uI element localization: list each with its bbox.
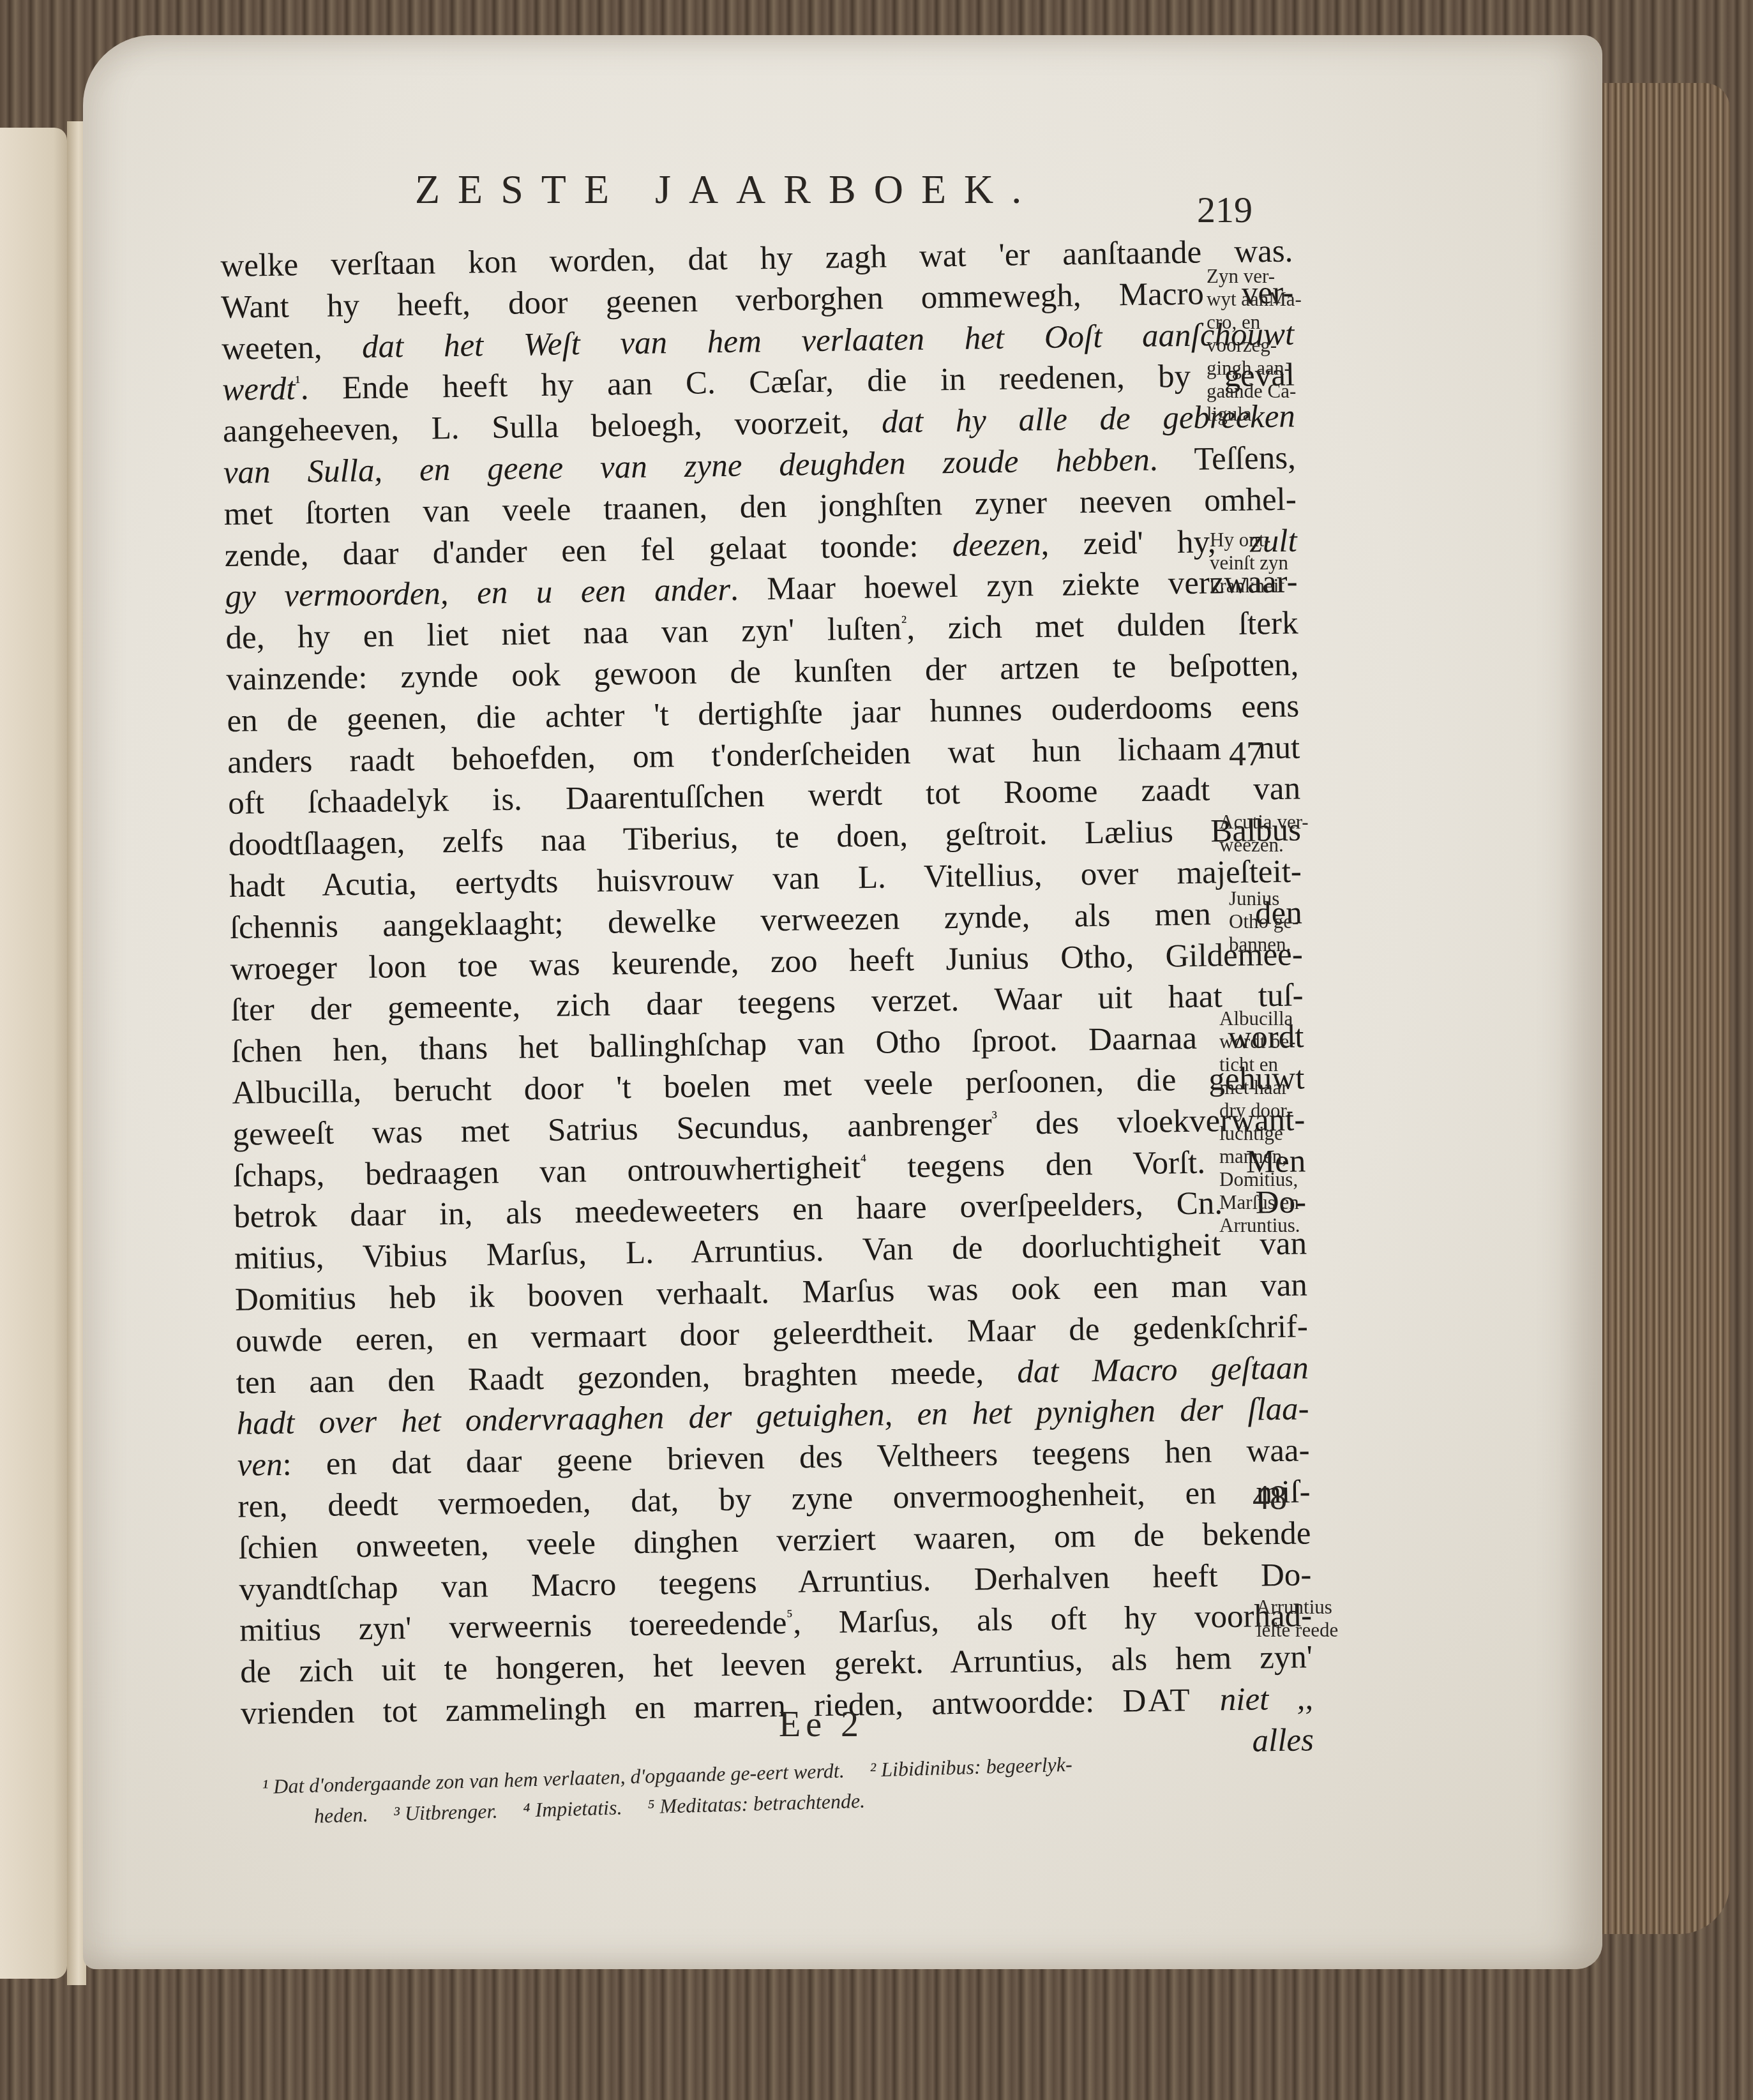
margin-note-line: met haar [1219, 1076, 1300, 1099]
margin-note: Acutia ver-weezen. [1219, 811, 1309, 857]
footnote: ³ Uitbrenger. [393, 1799, 498, 1826]
text-run: . Teſſens, [1149, 440, 1296, 477]
margin-note-line: dry door- [1219, 1099, 1300, 1122]
margin-note-line: Domitius, [1219, 1168, 1300, 1191]
margin-note-line: krankheit [1210, 574, 1288, 597]
page-number: 219 [1197, 188, 1253, 231]
margin-note-line: cro, en [1207, 311, 1302, 334]
margin-note-line: voorzeg- [1207, 334, 1302, 357]
margin-note-line: Otho ge- [1229, 910, 1298, 933]
section-number: 48 [1253, 1478, 1287, 1517]
margin-note-line: Albucilla [1219, 1007, 1300, 1030]
margin-note-line: ligula. [1207, 403, 1302, 426]
text-run [1191, 1682, 1220, 1718]
margin-note-line: Junius [1229, 887, 1298, 910]
signature-mark: Ee 2 [779, 1704, 864, 1745]
margin-note-line: ticht en [1219, 1053, 1300, 1076]
footnote: ² Libidinibus: begeerlyk- [869, 1753, 1072, 1781]
text-run: mitius zyn' verweernis toereedende [239, 1605, 787, 1649]
footnote-ref: ⁵ [786, 1607, 793, 1626]
text-run: , Marſus, als oft hy voorhad- [793, 1598, 1313, 1641]
footnote: heden. [313, 1803, 368, 1827]
text-run: dat Macro geſtaan [1017, 1350, 1309, 1390]
margin-note-line: Hy ont- [1210, 529, 1288, 551]
margin-note-line: gaande Ca- [1207, 380, 1302, 403]
running-head: ZESTE JAARBOEK. [415, 166, 1039, 213]
text-run: , zich met dulden ſterk [907, 606, 1298, 647]
text-run: weeten, [222, 329, 363, 367]
margin-note-line: Acutia ver- [1219, 811, 1309, 834]
footnote: ⁵ Meditatas: betrachtende. [647, 1789, 866, 1819]
text-run: zende, daar d'ander een fel gelaat toond… [224, 528, 952, 574]
text-run: ſchaps, bedraagen van ontrouwhertigheit [233, 1150, 861, 1194]
margin-note-line: Arruntius [1256, 1596, 1338, 1619]
text-run: DAT [1122, 1683, 1192, 1720]
margin-note-line: wordt be- [1219, 1030, 1300, 1053]
margin-note-line: weezen. [1219, 834, 1309, 857]
text-run: deezen [952, 527, 1041, 564]
margin-note: Arruntiusleſte reede [1256, 1596, 1338, 1642]
section-number: 47 [1229, 734, 1263, 774]
text-run: de, hy en liet niet naa van zyn' luſten [225, 611, 901, 656]
margin-note-line: bannen. [1229, 933, 1298, 956]
margin-note: Albucillawordt be-ticht enmet haardry do… [1219, 1007, 1300, 1237]
text-run: werdt [222, 371, 296, 409]
margin-note-line: Marſus en [1219, 1191, 1300, 1214]
margin-note-line: mannen, [1219, 1145, 1300, 1168]
text-run: ven [237, 1447, 283, 1483]
footnote: ⁴ Impietatis. [523, 1796, 622, 1821]
margin-note-line: veinſt zyn [1210, 551, 1288, 574]
margin-note: Zyn ver-wyt aanMa-cro, envoorzeg-gingh a… [1207, 265, 1302, 426]
margin-note: Hy ont-veinſt zynkrankheit [1210, 529, 1288, 597]
book-page: ZESTE JAARBOEK. 219 welke verſtaan kon w… [83, 35, 1602, 1969]
margin-note-line: leſte reede [1256, 1619, 1338, 1642]
margin-note-line: Arruntius. [1219, 1214, 1300, 1237]
text-run: geweeſt was met Satrius Secundus, aanbre… [232, 1106, 992, 1153]
text-run: ten aan den Raadt gezonden, braghten mee… [236, 1354, 1017, 1400]
margin-note-line: Zyn ver- [1207, 265, 1302, 288]
margin-note-line: gingh aan- [1207, 357, 1302, 380]
margin-note-line: wyt aanMa- [1207, 288, 1302, 311]
text-run: niet ,, [1219, 1681, 1313, 1718]
body-text: welke verſtaan kon worden, dat hy zagh w… [220, 231, 1314, 1776]
text-run: gy vermoorden, en u een ander [225, 572, 730, 615]
facing-page-edge [0, 128, 67, 1979]
margin-note: JuniusOtho ge-bannen. [1229, 887, 1298, 956]
text-run: aangeheeven, L. Sulla beloegh, voorzeit, [223, 405, 882, 449]
margin-note-line: luchtige [1219, 1122, 1300, 1145]
